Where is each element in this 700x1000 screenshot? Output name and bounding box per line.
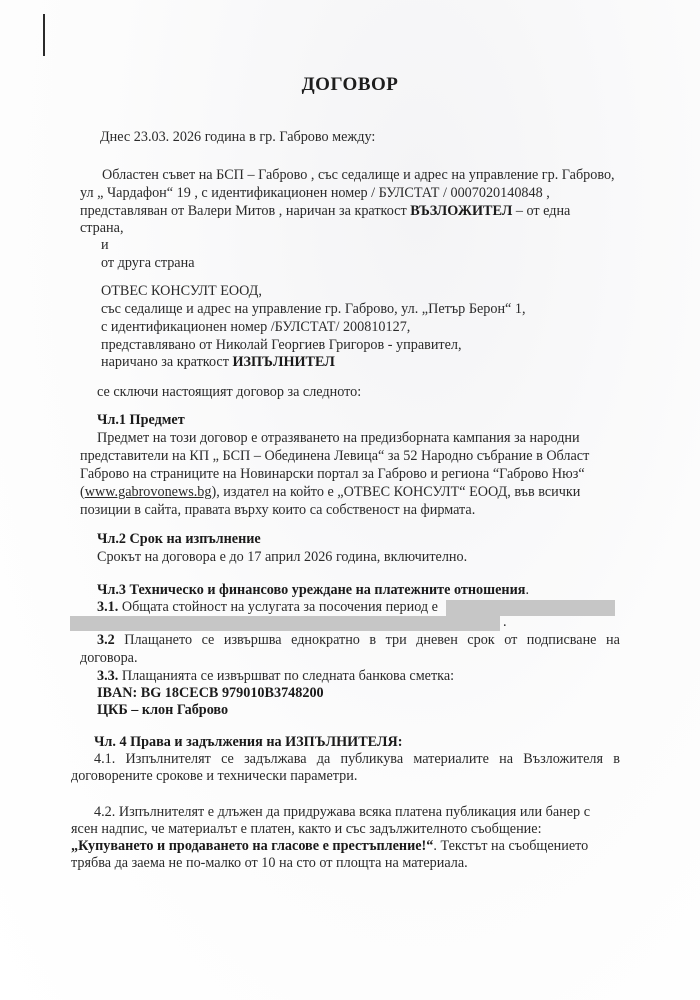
art3-heading: Чл.3 Техническо и финансово уреждане на … — [97, 582, 529, 599]
word: в — [369, 632, 376, 649]
word: Възложителя — [523, 751, 603, 768]
date-line: Днес 23.03. 2026 година в гр. Габрово ме… — [100, 129, 375, 146]
p31-end: . — [503, 614, 507, 631]
iban: IBAN: BG 18CECB 979010B3748200 — [97, 685, 324, 702]
p42-line3: „Купуването и продаването на гласове е п… — [71, 838, 588, 855]
art1-line4-text: ), издател на който е „ОТВЕС КОНСУЛТ“ ЕО… — [211, 484, 580, 500]
mandatory-message: „Купуването и продаването на гласове е п… — [71, 838, 433, 854]
art2-heading: Чл.2 Срок на изпълнение — [97, 531, 261, 548]
art1-line2: представители на КП „ БСП – Обединена Ле… — [80, 448, 589, 465]
word: дневен — [416, 632, 458, 649]
word: се — [202, 632, 215, 649]
art3-heading-end: . — [525, 582, 529, 598]
art4-heading: Чл. 4 Права и задължения на ИЗПЪЛНИТЕЛЯ: — [94, 734, 402, 751]
document-title: ДОГОВОР — [0, 74, 700, 96]
p42-line3-text: . Текстът на съобщението — [433, 838, 588, 854]
word: Изпълнителят — [126, 751, 211, 768]
art1-heading: Чл.1 Предмет — [97, 412, 185, 429]
bank-name: ЦКБ – клон Габрово — [97, 702, 228, 719]
p33-text: Плащанията се извършват по следната банк… — [118, 668, 454, 684]
p32-number: 3.2 — [97, 632, 115, 649]
party2-name: ОТВЕС КОНСУЛТ ЕООД, — [101, 283, 262, 300]
word: еднократно — [291, 632, 360, 649]
p42-line1: 4.2. Изпълнителят е длъжен да придружава… — [94, 804, 590, 821]
party2-rep: представлявано от Николай Георгиев Григо… — [101, 337, 462, 354]
art1-line3: Габрово на страниците на Новинарски порт… — [80, 466, 585, 483]
margin-pen-mark — [43, 14, 45, 56]
party2-id: с идентификационен номер /БУЛСТАТ/ 20081… — [101, 319, 410, 336]
word: три — [386, 632, 407, 649]
word: на — [606, 632, 620, 649]
party1-side-text: – от една — [512, 203, 570, 219]
p41-line2: договорените срокове и технически параме… — [71, 768, 357, 785]
art1-line4: (www.gabrovonews.bg), издател на който е… — [80, 484, 580, 501]
party2-address: със седалище и адрес на управление гр. Г… — [101, 301, 526, 318]
website-link[interactable]: www.gabrovonews.bg — [85, 484, 212, 500]
word: да — [317, 751, 331, 768]
party1-line2: ул „ Чардафон“ 19 , с идентификационен н… — [80, 185, 550, 202]
p33-number: 3.3. — [97, 668, 118, 684]
art1-line5: позиции в сайта, правата върху които са … — [80, 502, 475, 519]
word: материалите — [413, 751, 489, 768]
party1-line3: представляван от Валери Митов , наричан … — [80, 203, 570, 220]
other-side-text: от друга страна — [101, 255, 195, 272]
word: задължава — [244, 751, 306, 768]
party1-line4: страна, — [80, 220, 124, 237]
and-text: и — [101, 237, 109, 254]
word: в — [613, 751, 620, 768]
word: на — [499, 751, 513, 768]
party1-alias: ВЪЗЛОЖИТЕЛ — [410, 203, 512, 219]
p42-line2: ясен надпис, че материалът е платен, как… — [71, 821, 542, 838]
party1-rep-text: представляван от Валери Митов , наричан … — [80, 203, 410, 219]
art3-p31: 3.1. Общата стойност на услугата за посо… — [97, 599, 438, 616]
p31-text: Общата стойност на услугата за посочения… — [118, 599, 438, 615]
art1-line1: Предмет на този договор е отразяването н… — [97, 430, 580, 447]
word: срок — [467, 632, 494, 649]
party2-alias-line: наричано за краткост ИЗПЪЛНИТЕЛ — [101, 354, 335, 371]
word: извършва — [224, 632, 282, 649]
art2-text: Срокът на договора е до 17 април 2026 го… — [97, 549, 467, 566]
word: Плащането — [124, 632, 192, 649]
redaction-box-2 — [70, 616, 500, 631]
art3-p32: 3.2 Плащането се извършва еднократно в т… — [97, 632, 620, 649]
word: подписване — [527, 632, 597, 649]
word: публикува — [340, 751, 403, 768]
party2-alias: ИЗПЪЛНИТЕЛ — [232, 354, 334, 370]
redaction-box-1 — [446, 600, 615, 616]
art3-heading-text: Чл.3 Техническо и финансово уреждане на … — [97, 582, 525, 598]
word: се — [221, 751, 234, 768]
scanned-contract-page: ДОГОВОР Днес 23.03. 2026 година в гр. Га… — [0, 0, 700, 1000]
art4-p41: 4.1. Изпълнителят се задължава да публик… — [94, 751, 620, 768]
party2-alias-text: наричано за краткост — [101, 354, 232, 370]
p32-line2: договора. — [80, 650, 138, 667]
word: 4.1. — [94, 751, 115, 768]
concluded-text: се сключи настоящият договор за следното… — [97, 384, 361, 401]
art3-p33: 3.3. Плащанията се извършват по следната… — [97, 668, 454, 685]
word: от — [504, 632, 517, 649]
party1-line1: Областен съвет на БСП – Габрово , със се… — [102, 167, 615, 184]
p31-number: 3.1. — [97, 599, 118, 615]
p42-line4: трябва да заема не по-малко от 10 на сто… — [71, 855, 468, 872]
